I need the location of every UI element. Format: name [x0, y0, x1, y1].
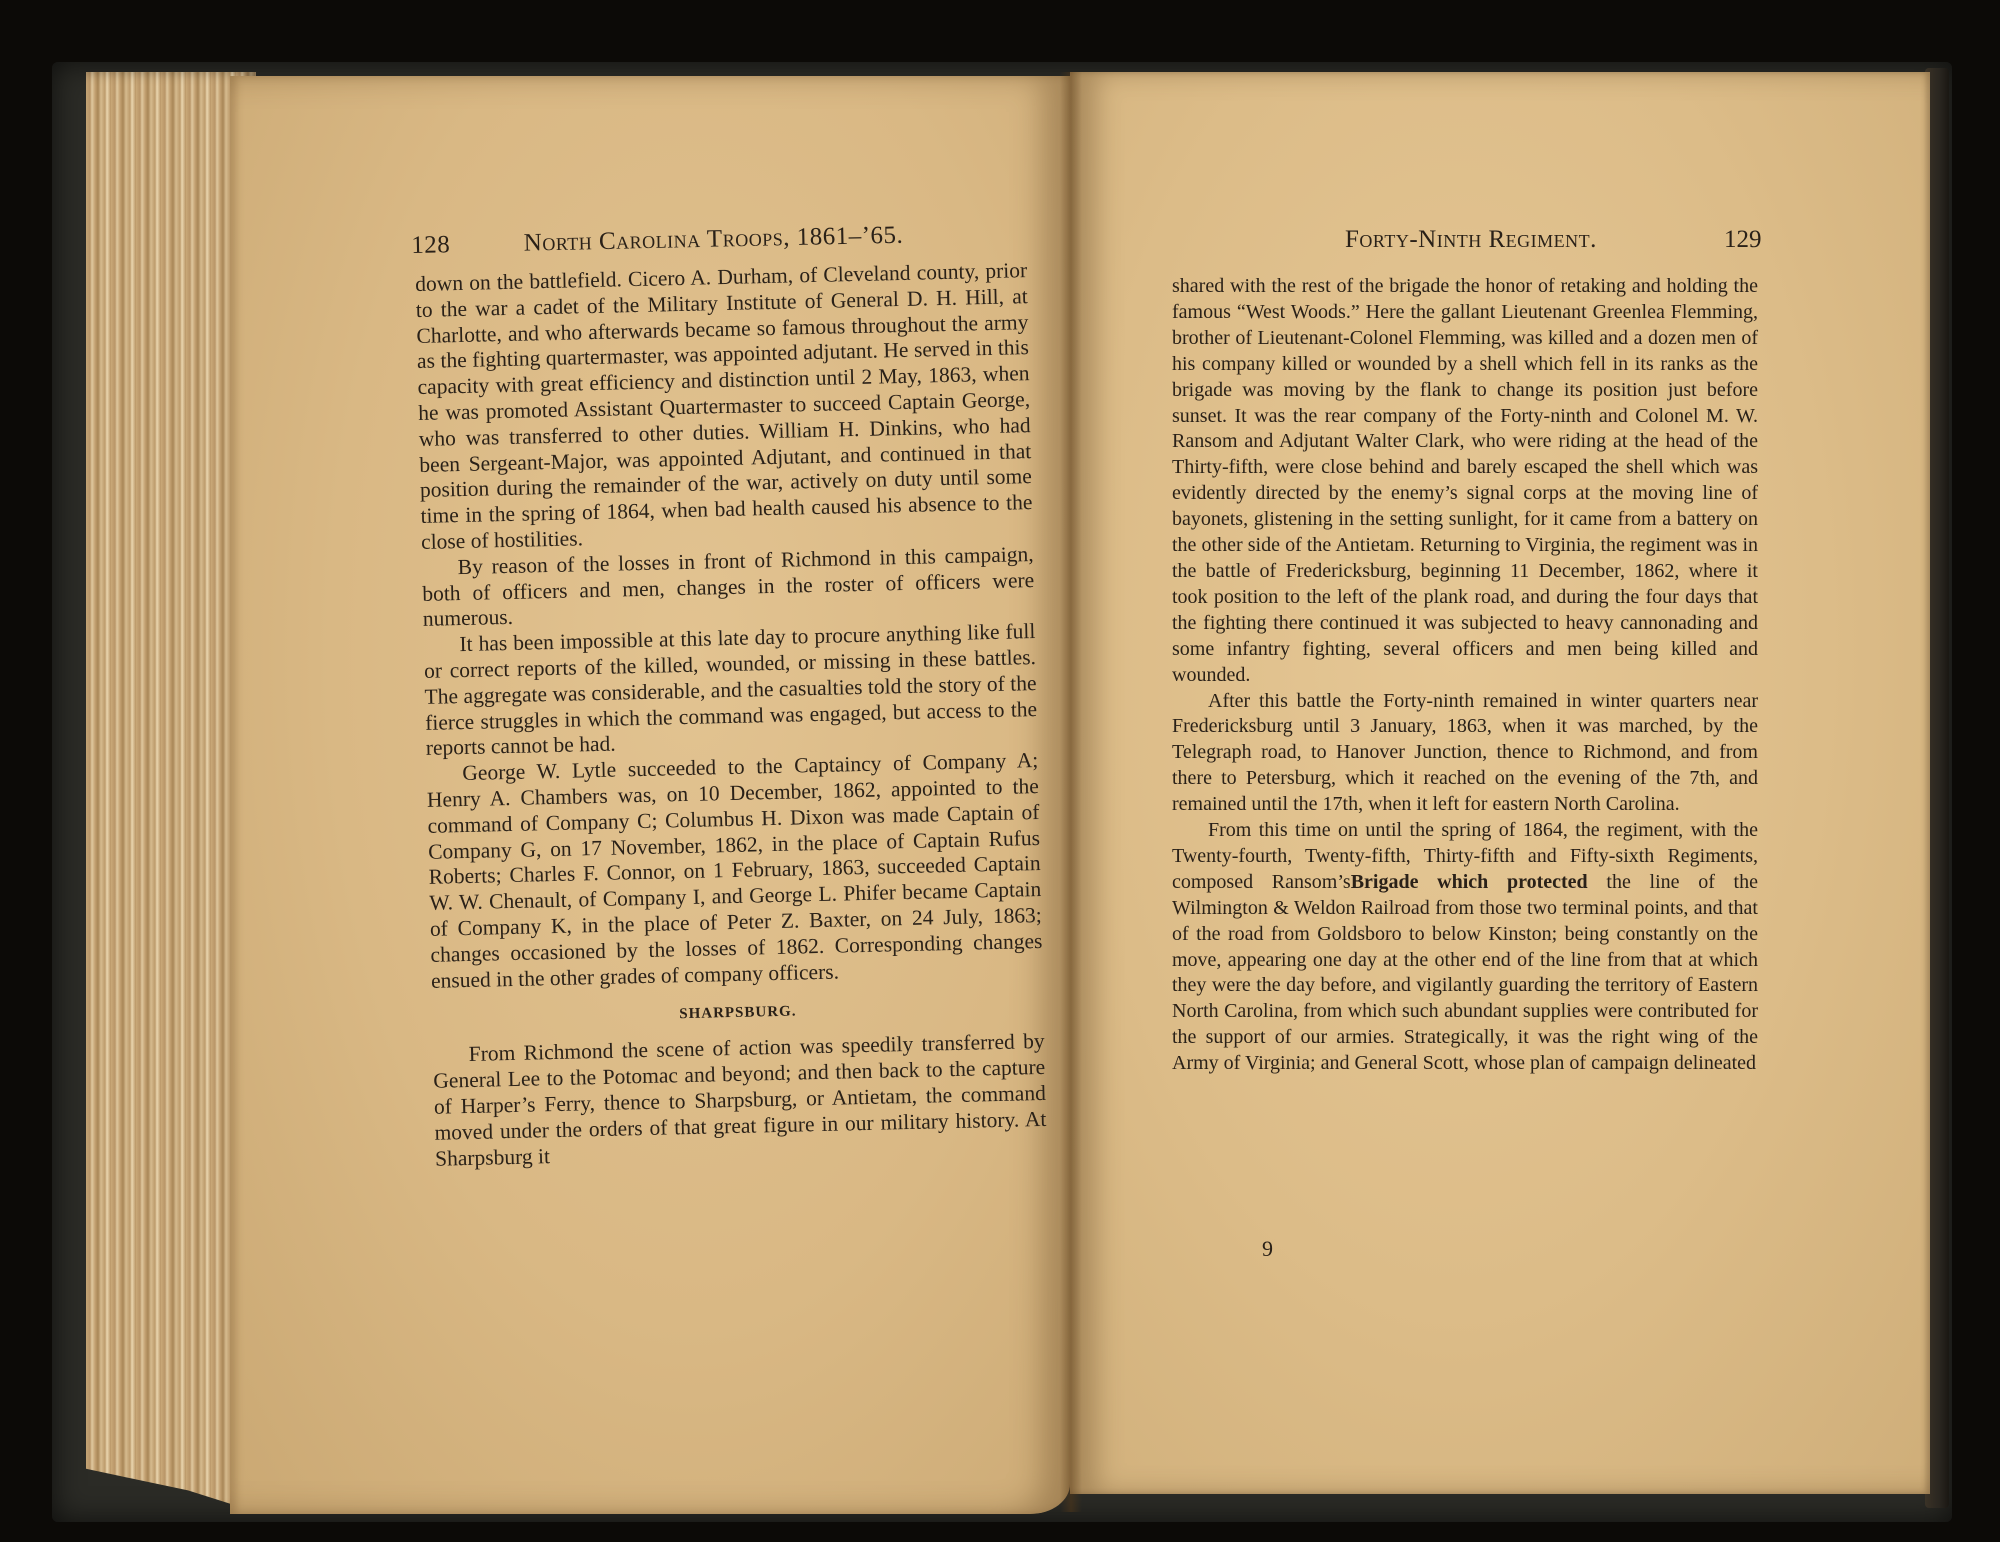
- paragraph: From this time on until the spring of 18…: [1172, 818, 1758, 1077]
- paragraph: By reason of the losses in front of Rich…: [421, 542, 1035, 633]
- left-page-number: 128: [411, 231, 451, 259]
- signature-mark: 9: [1262, 1236, 1273, 1262]
- paragraph: down on the battlefield. Cicero A. Durha…: [415, 258, 1033, 556]
- paragraph-text: the line of the Wilmington & Weldon Rail…: [1172, 871, 1758, 1074]
- section-heading: SHARPSBURG.: [432, 998, 1044, 1029]
- paragraph: George W. Lytle succeeded to the Captain…: [426, 748, 1043, 994]
- book-photo: 128 North Carolina Troops, 1861–’65. dow…: [0, 0, 2000, 1542]
- paragraph-text-bold: Brigade which protected: [1351, 871, 1588, 893]
- right-page-number: 129: [1724, 226, 1762, 254]
- right-page-text: shared with the rest of the brigade the …: [1172, 274, 1758, 1077]
- right-running-title: Forty-Ninth Regiment.: [1345, 226, 1597, 254]
- left-page-text: down on the battlefield. Cicero A. Durha…: [415, 258, 1047, 1172]
- paragraph: From Richmond the scene of action was sp…: [432, 1029, 1047, 1172]
- paragraph: After this battle the Forty-ninth remain…: [1172, 689, 1758, 819]
- paragraph: It has been impossible at this late day …: [423, 619, 1038, 762]
- paragraph: shared with the rest of the brigade the …: [1172, 274, 1758, 689]
- book-gutter: [1060, 72, 1082, 1512]
